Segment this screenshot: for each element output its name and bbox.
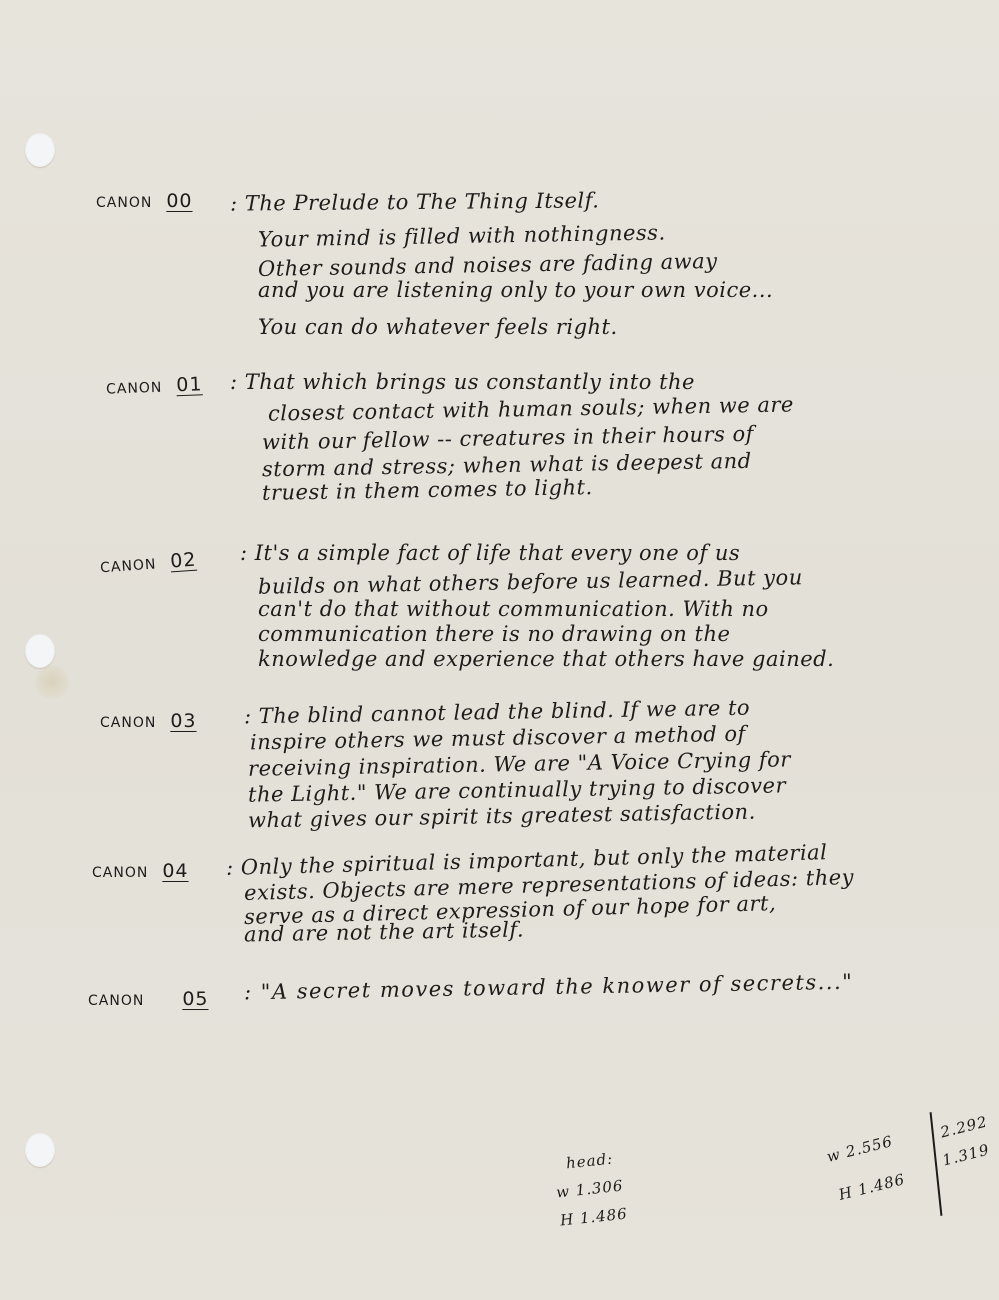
punch-hole-bottom	[25, 1133, 55, 1167]
paper-stain	[34, 665, 70, 699]
canon-number: 03	[170, 710, 196, 732]
canon-number: 04	[162, 860, 188, 882]
canon-number: 00	[166, 190, 192, 212]
punch-hole-middle	[25, 634, 55, 668]
canon-label: CANON04	[92, 860, 189, 882]
punch-hole-top	[25, 133, 55, 167]
canon-label-text: CANON	[100, 556, 157, 576]
canon-line: knowledge and experience that others hav…	[258, 647, 834, 671]
canon-label: CANON00	[96, 190, 193, 212]
canon-line: can't do that without communication. Wit…	[258, 597, 769, 621]
canon-label-text: CANON	[106, 380, 163, 398]
canon-label-text: CANON	[100, 715, 156, 731]
canon-line: communication there is no drawing on the	[258, 622, 730, 646]
canon-number: 05	[182, 988, 208, 1010]
canon-label: CANON01	[106, 373, 203, 398]
canon-line: : The Prelude to The Thing Itself.	[230, 188, 600, 215]
canon-number: 02	[170, 549, 198, 573]
canon-line: You can do whatever feels right.	[258, 315, 618, 339]
canon-label-text: CANON	[96, 195, 152, 211]
canon-line: : It's a simple fact of life that every …	[240, 541, 740, 565]
canon-line: : That which brings us constantly into t…	[230, 370, 695, 394]
canon-line: and are not the art itself.	[244, 918, 525, 947]
canon-number: 01	[176, 373, 203, 396]
canon-label: CANON03	[100, 710, 197, 732]
canon-label-text: CANON	[92, 865, 148, 881]
canon-label: CANON05	[88, 988, 209, 1010]
canon-line: and you are listening only to your own v…	[258, 278, 773, 302]
canon-label-text: CANON	[88, 993, 144, 1009]
